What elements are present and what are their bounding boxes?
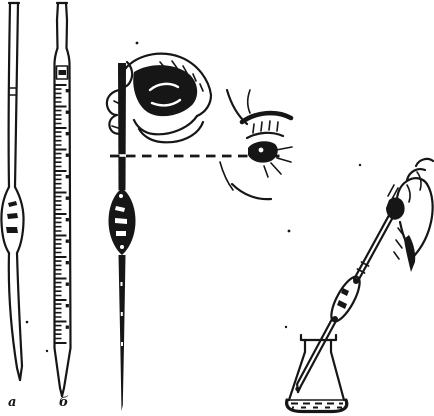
- pipette-a-bulb-left: [1, 187, 9, 253]
- tilted-pipette-upper-left-wall: [354, 206, 394, 279]
- eye-upper-lid: [247, 133, 283, 138]
- right-hand-outer-edge: [414, 184, 433, 256]
- held-pipette: [109, 63, 136, 411]
- tilted-pipette-bulb-neck-top: [353, 278, 359, 284]
- right-hand-finger-crease-2: [417, 172, 421, 190]
- eye-brow-lock-line: [248, 90, 250, 113]
- right-hand-grip-shadow: [386, 198, 405, 220]
- tilted-pipette-bulb-marks: [337, 288, 349, 309]
- figure-drawing: а б: [0, 0, 434, 416]
- eye-eyebrow: [242, 113, 291, 122]
- tilted-pipette-bulb: [326, 273, 365, 325]
- graduated-pipette-b: [55, 3, 71, 396]
- right-hand-finger-crease-1: [407, 185, 410, 202]
- tilted-pipette: [295, 206, 398, 392]
- pipette-b-taper-right: [62, 348, 71, 396]
- flask-base: [287, 400, 347, 412]
- pipette-a-taper-right: [17, 253, 22, 380]
- flask-neck-right: [331, 340, 344, 400]
- pipette-b-label-smudge: [59, 70, 67, 75]
- pipette-b-upper-left-wall: [57, 3, 58, 48]
- pipette-a-graduation-ring: [9, 88, 16, 95]
- caption-pipette-a: а: [8, 395, 16, 410]
- right-hand-wrist-shadow: [404, 235, 415, 272]
- held-pipette-lower-stem: [119, 255, 126, 411]
- eye-glint: [259, 148, 264, 153]
- held-pipette-upper-stem: [118, 63, 126, 190]
- volumetric-pipette-a: [1, 3, 23, 380]
- eye-cheek-line-small: [220, 162, 233, 190]
- right-hand-holding-pipette: [386, 159, 433, 272]
- observer-eye: [220, 90, 292, 199]
- caption-pipette-b: б: [59, 395, 69, 410]
- left-hand-finger-curl-1: [134, 116, 197, 134]
- pipette-technique-figure: а б: [0, 0, 434, 416]
- eye-brow-hatching: [253, 121, 278, 133]
- tilted-pipette-tip-contact: [295, 387, 299, 391]
- pipette-a-bulb-inscription: [6, 201, 18, 233]
- eye-iris-mass: [248, 141, 278, 162]
- pipette-b-taper-left: [55, 348, 63, 396]
- pipette-a-bulb-right: [15, 187, 24, 253]
- right-hand-knuckle-2: [416, 159, 433, 166]
- eye-cheek-curve: [232, 184, 271, 199]
- pipette-b-upper-right-wall: [66, 3, 67, 48]
